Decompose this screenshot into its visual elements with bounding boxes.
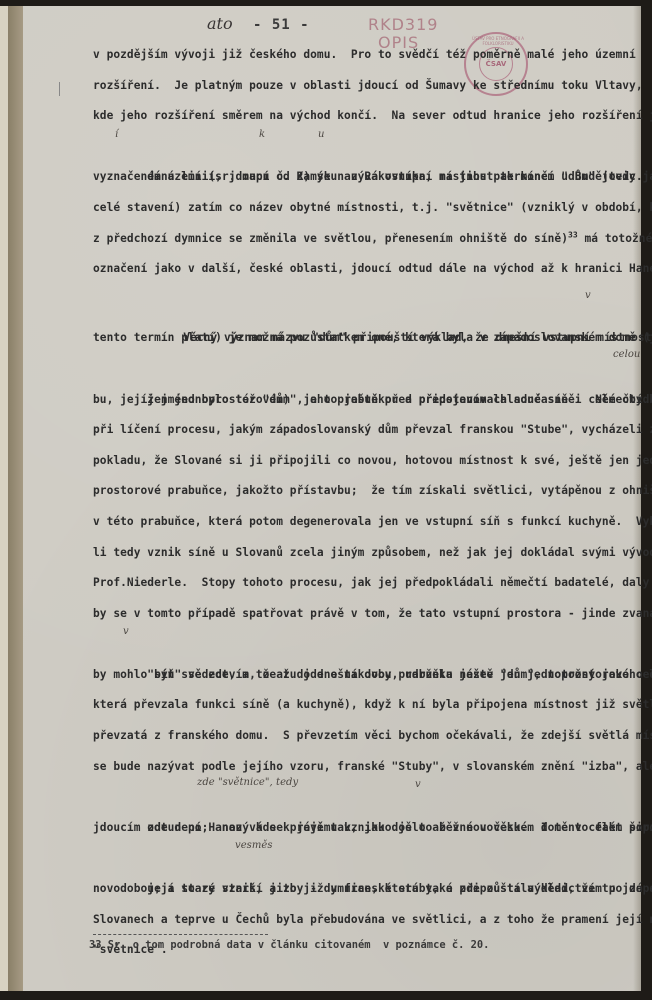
- text-line: celé stavení) zatím co název obytné míst…: [93, 193, 652, 224]
- text-line: v této prabuňce, která potom degeneroval…: [93, 507, 652, 538]
- text-line: převzatá z franského domu. S převzetím v…: [93, 721, 652, 752]
- footnote-reference[interactable]: 33: [568, 230, 578, 239]
- text-line: by se v tomto případě spatřovat právě v …: [93, 599, 652, 630]
- text-line: vyznačeném území (sr. mapu č. 2) se nazý…: [93, 162, 652, 193]
- text-line: novodobou; a to ze starší jizby - dymnic…: [93, 874, 652, 905]
- text-line: pokladu, že Slované si ji připojili co n…: [93, 446, 652, 477]
- handwritten-correction: celou: [613, 340, 640, 371]
- page-number: - 51 -: [253, 17, 310, 33]
- text-line: při líčení procesu, jakým západoslovansk…: [93, 415, 652, 446]
- margin-pencil-mark: [59, 82, 60, 96]
- paragraph-1: v pozdějším vývoji již českého domu. Pro…: [93, 40, 652, 285]
- handwritten-header-note: ato: [207, 14, 233, 33]
- handwritten-correction: u: [318, 120, 325, 151]
- text-line: Věcný význam názvu "dům" připouští výkla…: [93, 293, 652, 324]
- handwritten-insertion: zde "světnice", tedy: [197, 768, 298, 799]
- handwritten-insertion: vesměs: [235, 831, 273, 862]
- text-line-suffix: má totožné: [578, 232, 652, 245]
- handwritten-correction: v: [415, 770, 421, 801]
- paragraph-2: Věcný význam názvu "dům" připouští výkla…: [93, 293, 652, 966]
- text-line: se bude nazývat podle jejího vzoru, fran…: [93, 752, 652, 783]
- body-text: v pozdějším vývoji již českého domu. Pro…: [93, 40, 652, 966]
- stamp-reference-code: RKD319: [368, 15, 438, 34]
- text-line: tento termín platí) je možná pozůstatkem…: [93, 323, 652, 354]
- handwritten-correction: k: [259, 120, 265, 151]
- text-line: jen jednoprostorovém) jeho prabuňkou a p…: [93, 354, 652, 385]
- text-line: označení jako v další, české oblasti, jd…: [93, 254, 652, 285]
- text-line: dána linií, jdoucí od Kamýku u Rakovníka…: [93, 132, 652, 163]
- text-line: její starý vznik, a to již u franské stu…: [93, 843, 652, 874]
- text-line: zde není; nazývá se právě tak, jako je t…: [93, 782, 652, 813]
- text-line: v pozdějším vývoji již českého domu. Pro…: [93, 40, 652, 71]
- text-line: z předchozí dymnice se změnila ve světlo…: [93, 224, 652, 255]
- text-line-content: z předchozí dymnice se změnila ve světlo…: [93, 232, 568, 245]
- text-line: bu, jejíž jméno bylo též "dům", a to ješ…: [93, 385, 652, 416]
- footnote-33: 33 Sr. o tom podrobná data v článku cito…: [89, 939, 489, 951]
- text-line: li tedy vznik síně u Slovanů zcela jiným…: [93, 538, 652, 569]
- handwritten-correction: v: [123, 617, 129, 648]
- scanner-frame-shadow: [8, 6, 23, 991]
- handwritten-correction: í: [115, 120, 118, 151]
- footnote-separator: [93, 934, 268, 935]
- scanner-frame-edge: [0, 6, 8, 991]
- text-line: "síň" se zde, a to až do dnešní doby, ud…: [93, 629, 652, 660]
- text-line: Slovanech a teprve u Čechů byla přebudov…: [93, 905, 652, 936]
- text-line: by mohlo být svědectvím, že tu jde o tak…: [93, 660, 652, 691]
- text-line: Prof.Niederle. Stopy tohoto procesu, jak…: [93, 568, 652, 599]
- text-line: kde jeho rozšíření směrem na východ konč…: [93, 101, 652, 132]
- text-line: prostorové prabuňce, jakožto přístavbu; …: [93, 476, 652, 507]
- text-line: rozšíření. Je platným pouze v oblasti jd…: [93, 71, 652, 102]
- text-line: jdoucím odtud po Hanou, kde k jejímu vzn…: [93, 813, 652, 844]
- typewritten-page: ato - 51 - RKD319 OPIS ÚSTAV PRO ETNOGRA…: [23, 6, 641, 991]
- text-line: která převzala funkci síně (a kuchyně), …: [93, 690, 652, 721]
- handwritten-correction: v: [585, 281, 591, 312]
